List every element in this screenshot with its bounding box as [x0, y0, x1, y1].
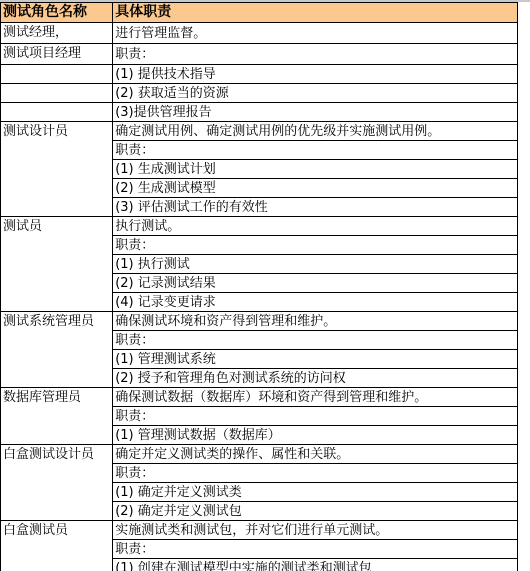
- table-row: 白盒测试设计员确定并定义测试类的操作、属性和关联。: [1, 445, 518, 464]
- duty-cell: 实施测试类和测试包，并对它们进行单元测试。: [113, 521, 518, 540]
- duty-cell: 执行测试。: [113, 217, 518, 236]
- duty-cell: 职责：: [113, 236, 518, 255]
- duty-cell: 确保测试数据（数据库）环境和资产得到管理和维护。: [113, 388, 518, 407]
- duty-cell: 职责：: [113, 407, 518, 426]
- duty-cell: 职责：: [113, 331, 518, 350]
- role-cell: 测试经理，: [1, 23, 113, 44]
- table-row: 白盒测试员实施测试类和测试包，并对它们进行单元测试。: [1, 521, 518, 540]
- duty-cell: (2) 确定并定义测试包: [113, 502, 518, 521]
- duty-cell: (2) 获取适当的资源: [113, 84, 518, 103]
- duty-cell: (1) 创建在测试模型中实施的测试类和测试包: [113, 559, 518, 571]
- role-cell: 数据库管理员: [1, 388, 113, 445]
- duty-cell: (1) 管理测试系统: [113, 350, 518, 369]
- duty-cell: 职责：: [113, 464, 518, 483]
- duty-cell: 职责：: [113, 44, 518, 65]
- duty-cell: (1) 生成测试计划: [113, 160, 518, 179]
- duty-cell: (1) 提供技术指导: [113, 65, 518, 84]
- table-row: (1) 提供技术指导: [1, 65, 518, 84]
- table-row: (3)提供管理报告: [1, 103, 518, 122]
- duty-cell: (3) 评估测试工作的有效性: [113, 198, 518, 217]
- table-row: 测试员执行测试。: [1, 217, 518, 236]
- duty-cell: 确保测试环境和资产得到管理和维护。: [113, 312, 518, 331]
- role-cell: 测试系统管理员: [1, 312, 113, 388]
- role-cell: 测试设计员: [1, 122, 113, 217]
- roles-table: 测试角色名称 具体职责 测试经理，进行管理监督。测试项目经理职责：(1) 提供技…: [0, 2, 518, 571]
- duty-cell: (2) 授予和管理角色对测试系统的访问权: [113, 369, 518, 388]
- duty-cell: (1) 管理测试数据（数据库）: [113, 426, 518, 445]
- header-cell-duty: 具体职责: [113, 3, 518, 23]
- duty-cell: (4) 记录变更请求: [113, 293, 518, 312]
- role-cell-empty: [1, 84, 113, 103]
- duty-cell: (2) 记录测试结果: [113, 274, 518, 293]
- duty-cell: (1) 确定并定义测试类: [113, 483, 518, 502]
- duty-cell: 进行管理监督。: [113, 23, 518, 44]
- role-cell-empty: [1, 65, 113, 84]
- role-cell: 白盒测试员: [1, 521, 113, 571]
- duty-cell: 职责：: [113, 141, 518, 160]
- header-cell-role: 测试角色名称: [1, 3, 113, 23]
- table-row: 测试经理，进行管理监督。: [1, 23, 518, 44]
- table-row: 测试系统管理员确保测试环境和资产得到管理和维护。: [1, 312, 518, 331]
- role-cell: 测试项目经理: [1, 44, 113, 65]
- table-row: (2) 获取适当的资源: [1, 84, 518, 103]
- table-row: 测试项目经理职责：: [1, 44, 518, 65]
- role-cell-empty: [1, 103, 113, 122]
- role-cell: 测试员: [1, 217, 113, 312]
- table-row: 测试设计员确定测试用例、确定测试用例的优先级并实施测试用例。: [1, 122, 518, 141]
- duty-cell: 职责：: [113, 540, 518, 559]
- duty-cell: (1) 执行测试: [113, 255, 518, 274]
- duty-cell: 确定测试用例、确定测试用例的优先级并实施测试用例。: [113, 122, 518, 141]
- header-row: 测试角色名称 具体职责: [1, 3, 518, 23]
- role-cell: 白盒测试设计员: [1, 445, 113, 521]
- duty-cell: 确定并定义测试类的操作、属性和关联。: [113, 445, 518, 464]
- duty-cell: (3)提供管理报告: [113, 103, 518, 122]
- table-row: 数据库管理员确保测试数据（数据库）环境和资产得到管理和维护。: [1, 388, 518, 407]
- duty-cell: (2) 生成测试模型: [113, 179, 518, 198]
